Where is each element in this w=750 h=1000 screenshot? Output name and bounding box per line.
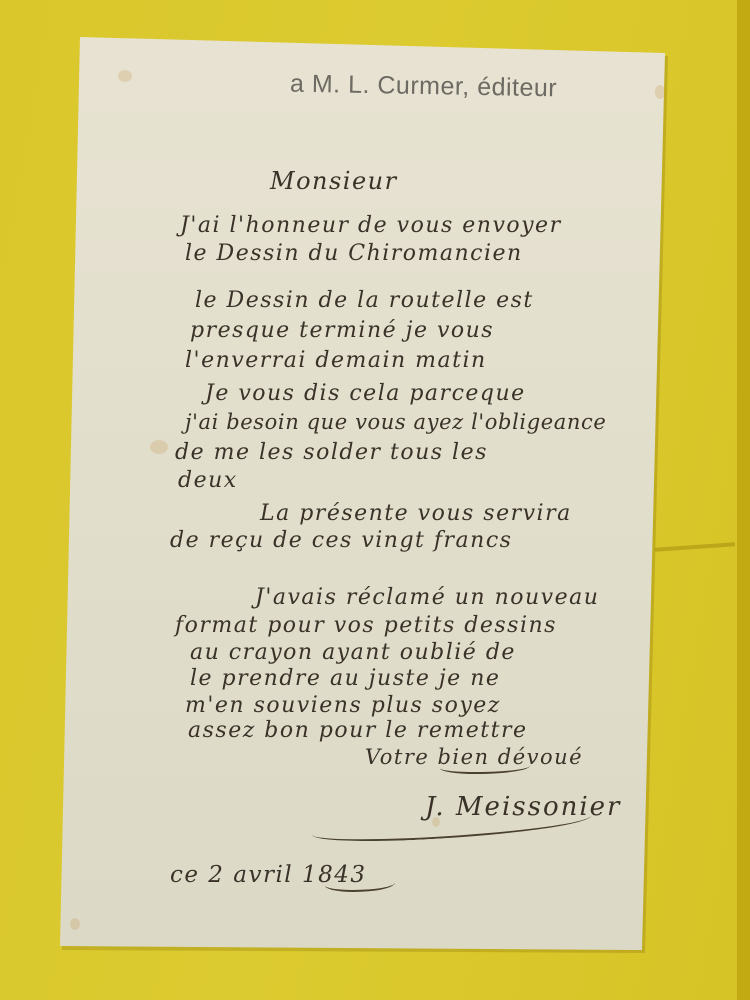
letter-line: J'avais réclamé un nouveau — [255, 585, 599, 610]
letter-content: a M. L. Curmer, éditeur Monsieur J'ai l'… — [0, 0, 750, 1000]
letter-line: J'ai l'honneur de vous envoyer — [180, 213, 562, 238]
date-flourish — [325, 876, 395, 892]
letter-line: La présente vous servira — [260, 501, 572, 526]
letter-line: le Dessin du Chiromancien — [185, 241, 523, 266]
letter-line: j'ai besoin que vous ayez l'obligeance — [185, 410, 606, 434]
letter-line: le prendre au juste je ne — [190, 666, 500, 691]
letter-line: format pour vos petits dessins — [175, 613, 557, 638]
pencil-annotation: a M. L. Curmer, éditeur — [290, 70, 558, 104]
letter-line: au crayon ayant oublié de — [190, 640, 516, 665]
letter-line: l'enverrai demain matin — [185, 348, 487, 373]
closing-flourish — [440, 760, 530, 774]
letter-line: m'en souviens plus soyez — [185, 693, 501, 718]
letter-line: assez bon pour le remettre — [188, 718, 527, 743]
letter-line: de me les solder tous les — [175, 440, 488, 465]
letter-line: le Dessin de la routelle est — [195, 288, 534, 313]
letter-line: de reçu de ces vingt francs — [170, 528, 512, 553]
salutation: Monsieur — [270, 167, 398, 195]
letter-line: deux — [178, 468, 238, 493]
letter-line: Je vous dis cela parceque — [205, 381, 526, 406]
letter-line: presque terminé je vous — [190, 318, 494, 343]
